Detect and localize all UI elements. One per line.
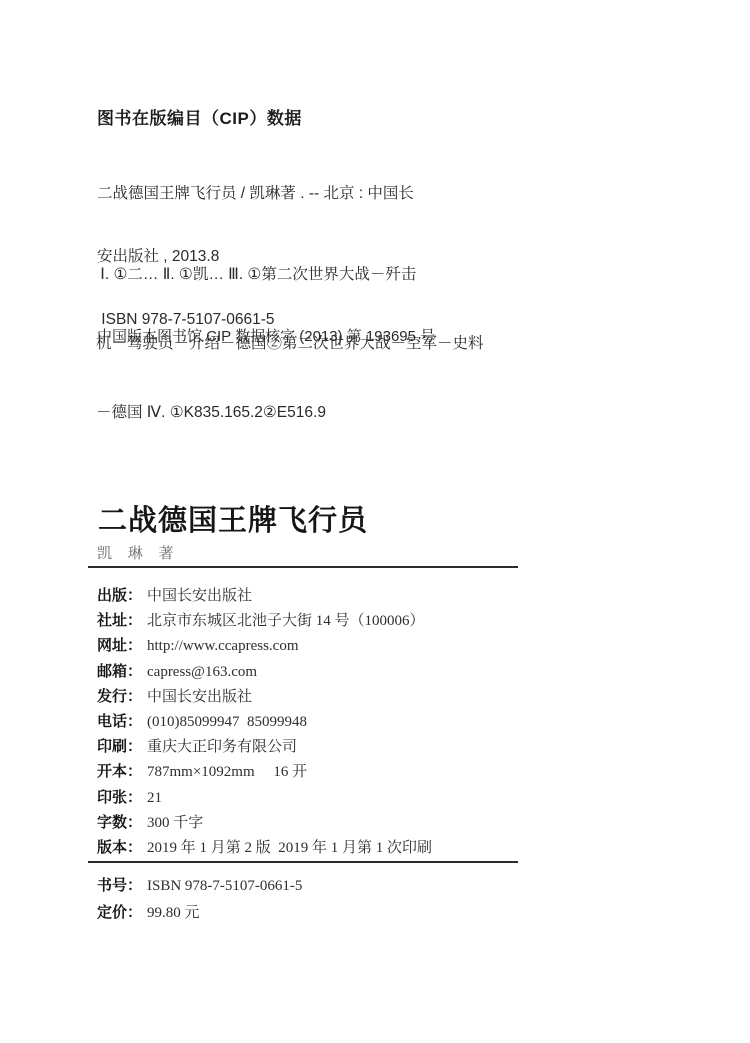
- colophon-label: 版本：: [97, 836, 147, 857]
- copyright-page: 图书在版编目（CIP）数据 二战德国王牌飞行员 / 凯琳著 . -- 北京 : …: [0, 0, 750, 1043]
- divider-line: [88, 566, 518, 568]
- isbn-value: ISBN 978-7-5107-0661-5: [147, 878, 302, 895]
- colophon-row-printer: 印刷： 重庆大正印务有限公司: [97, 735, 432, 760]
- isbn-label: 书号：: [97, 874, 147, 895]
- book-author: 凯 琳 著: [97, 542, 180, 563]
- pricing-block: 书号： ISBN 978-7-5107-0661-5 定价： 99.80 元: [97, 874, 302, 927]
- colophon-value: 300 千字: [147, 811, 203, 832]
- cip-description-line: 二战德国王牌飞行员 / 凯琳著 . -- 北京 : 中国长: [97, 183, 414, 204]
- colophon-value: 中国长安出版社: [147, 685, 252, 706]
- price-value: 99.80 元: [147, 901, 200, 922]
- colophon-label: 电话：: [97, 710, 147, 731]
- cip-header: 图书在版编目（CIP）数据: [97, 104, 302, 129]
- colophon-label: 印张：: [97, 786, 147, 807]
- colophon-value: capress@163.com: [147, 664, 257, 681]
- colophon-label: 社址：: [97, 609, 147, 630]
- cip-record-number: 中国版本图书馆 CIP 数据核字 (2013) 第 193695 号: [97, 325, 435, 346]
- colophon-row-sheets: 印张： 21: [97, 786, 432, 811]
- colophon-value: 787mm×1092mm 16 开: [147, 760, 307, 781]
- colophon-row-publisher: 出版： 中国长安出版社: [97, 584, 432, 609]
- colophon-row-wordcount: 字数： 300 千字: [97, 811, 432, 836]
- colophon-label: 发行：: [97, 685, 147, 706]
- isbn-row: 书号： ISBN 978-7-5107-0661-5: [97, 874, 302, 901]
- colophon-row-edition: 版本： 2019 年 1 月第 2 版 2019 年 1 月第 1 次印刷: [97, 836, 432, 861]
- colophon-row-distributor: 发行： 中国长安出版社: [97, 685, 432, 710]
- colophon-row-address: 社址： 北京市东城区北池子大街 14 号（100006）: [97, 609, 432, 634]
- colophon-value: 中国长安出版社: [147, 584, 252, 605]
- colophon-row-phone: 电话： (010)85099947 85099948: [97, 710, 432, 735]
- divider-line: [88, 861, 518, 863]
- colophon-label: 字数：: [97, 811, 147, 832]
- colophon-label: 开本：: [97, 760, 147, 781]
- colophon-value: 21: [147, 790, 162, 807]
- colophon-row-format: 开本： 787mm×1092mm 16 开: [97, 760, 432, 785]
- colophon-row-website: 网址： http://www.ccapress.com: [97, 634, 432, 659]
- colophon-value: (010)85099947 85099948: [147, 714, 307, 731]
- colophon-label: 网址：: [97, 634, 147, 655]
- colophon-value: 北京市东城区北池子大街 14 号（100006）: [147, 609, 425, 630]
- book-title: 二战德国王牌飞行员: [98, 498, 368, 539]
- colophon-value: http://www.ccapress.com: [147, 638, 299, 655]
- colophon-label: 邮箱：: [97, 660, 147, 681]
- colophon-value: 重庆大正印务有限公司: [147, 735, 297, 756]
- price-row: 定价： 99.80 元: [97, 901, 302, 928]
- price-label: 定价：: [97, 901, 147, 922]
- cip-classification-line: －德国 Ⅳ. ①K835.165.2②E516.9: [96, 401, 484, 424]
- colophon-label: 印刷：: [97, 735, 147, 756]
- colophon: 出版： 中国长安出版社 社址： 北京市东城区北池子大街 14 号（100006）…: [97, 584, 432, 861]
- cip-classification-line: Ⅰ. ①二… Ⅱ. ①凯… Ⅲ. ①第二次世界大战－歼击: [96, 263, 484, 286]
- colophon-row-email: 邮箱： capress@163.com: [97, 660, 432, 685]
- colophon-value: 2019 年 1 月第 2 版 2019 年 1 月第 1 次印刷: [147, 836, 432, 857]
- colophon-label: 出版：: [97, 584, 147, 605]
